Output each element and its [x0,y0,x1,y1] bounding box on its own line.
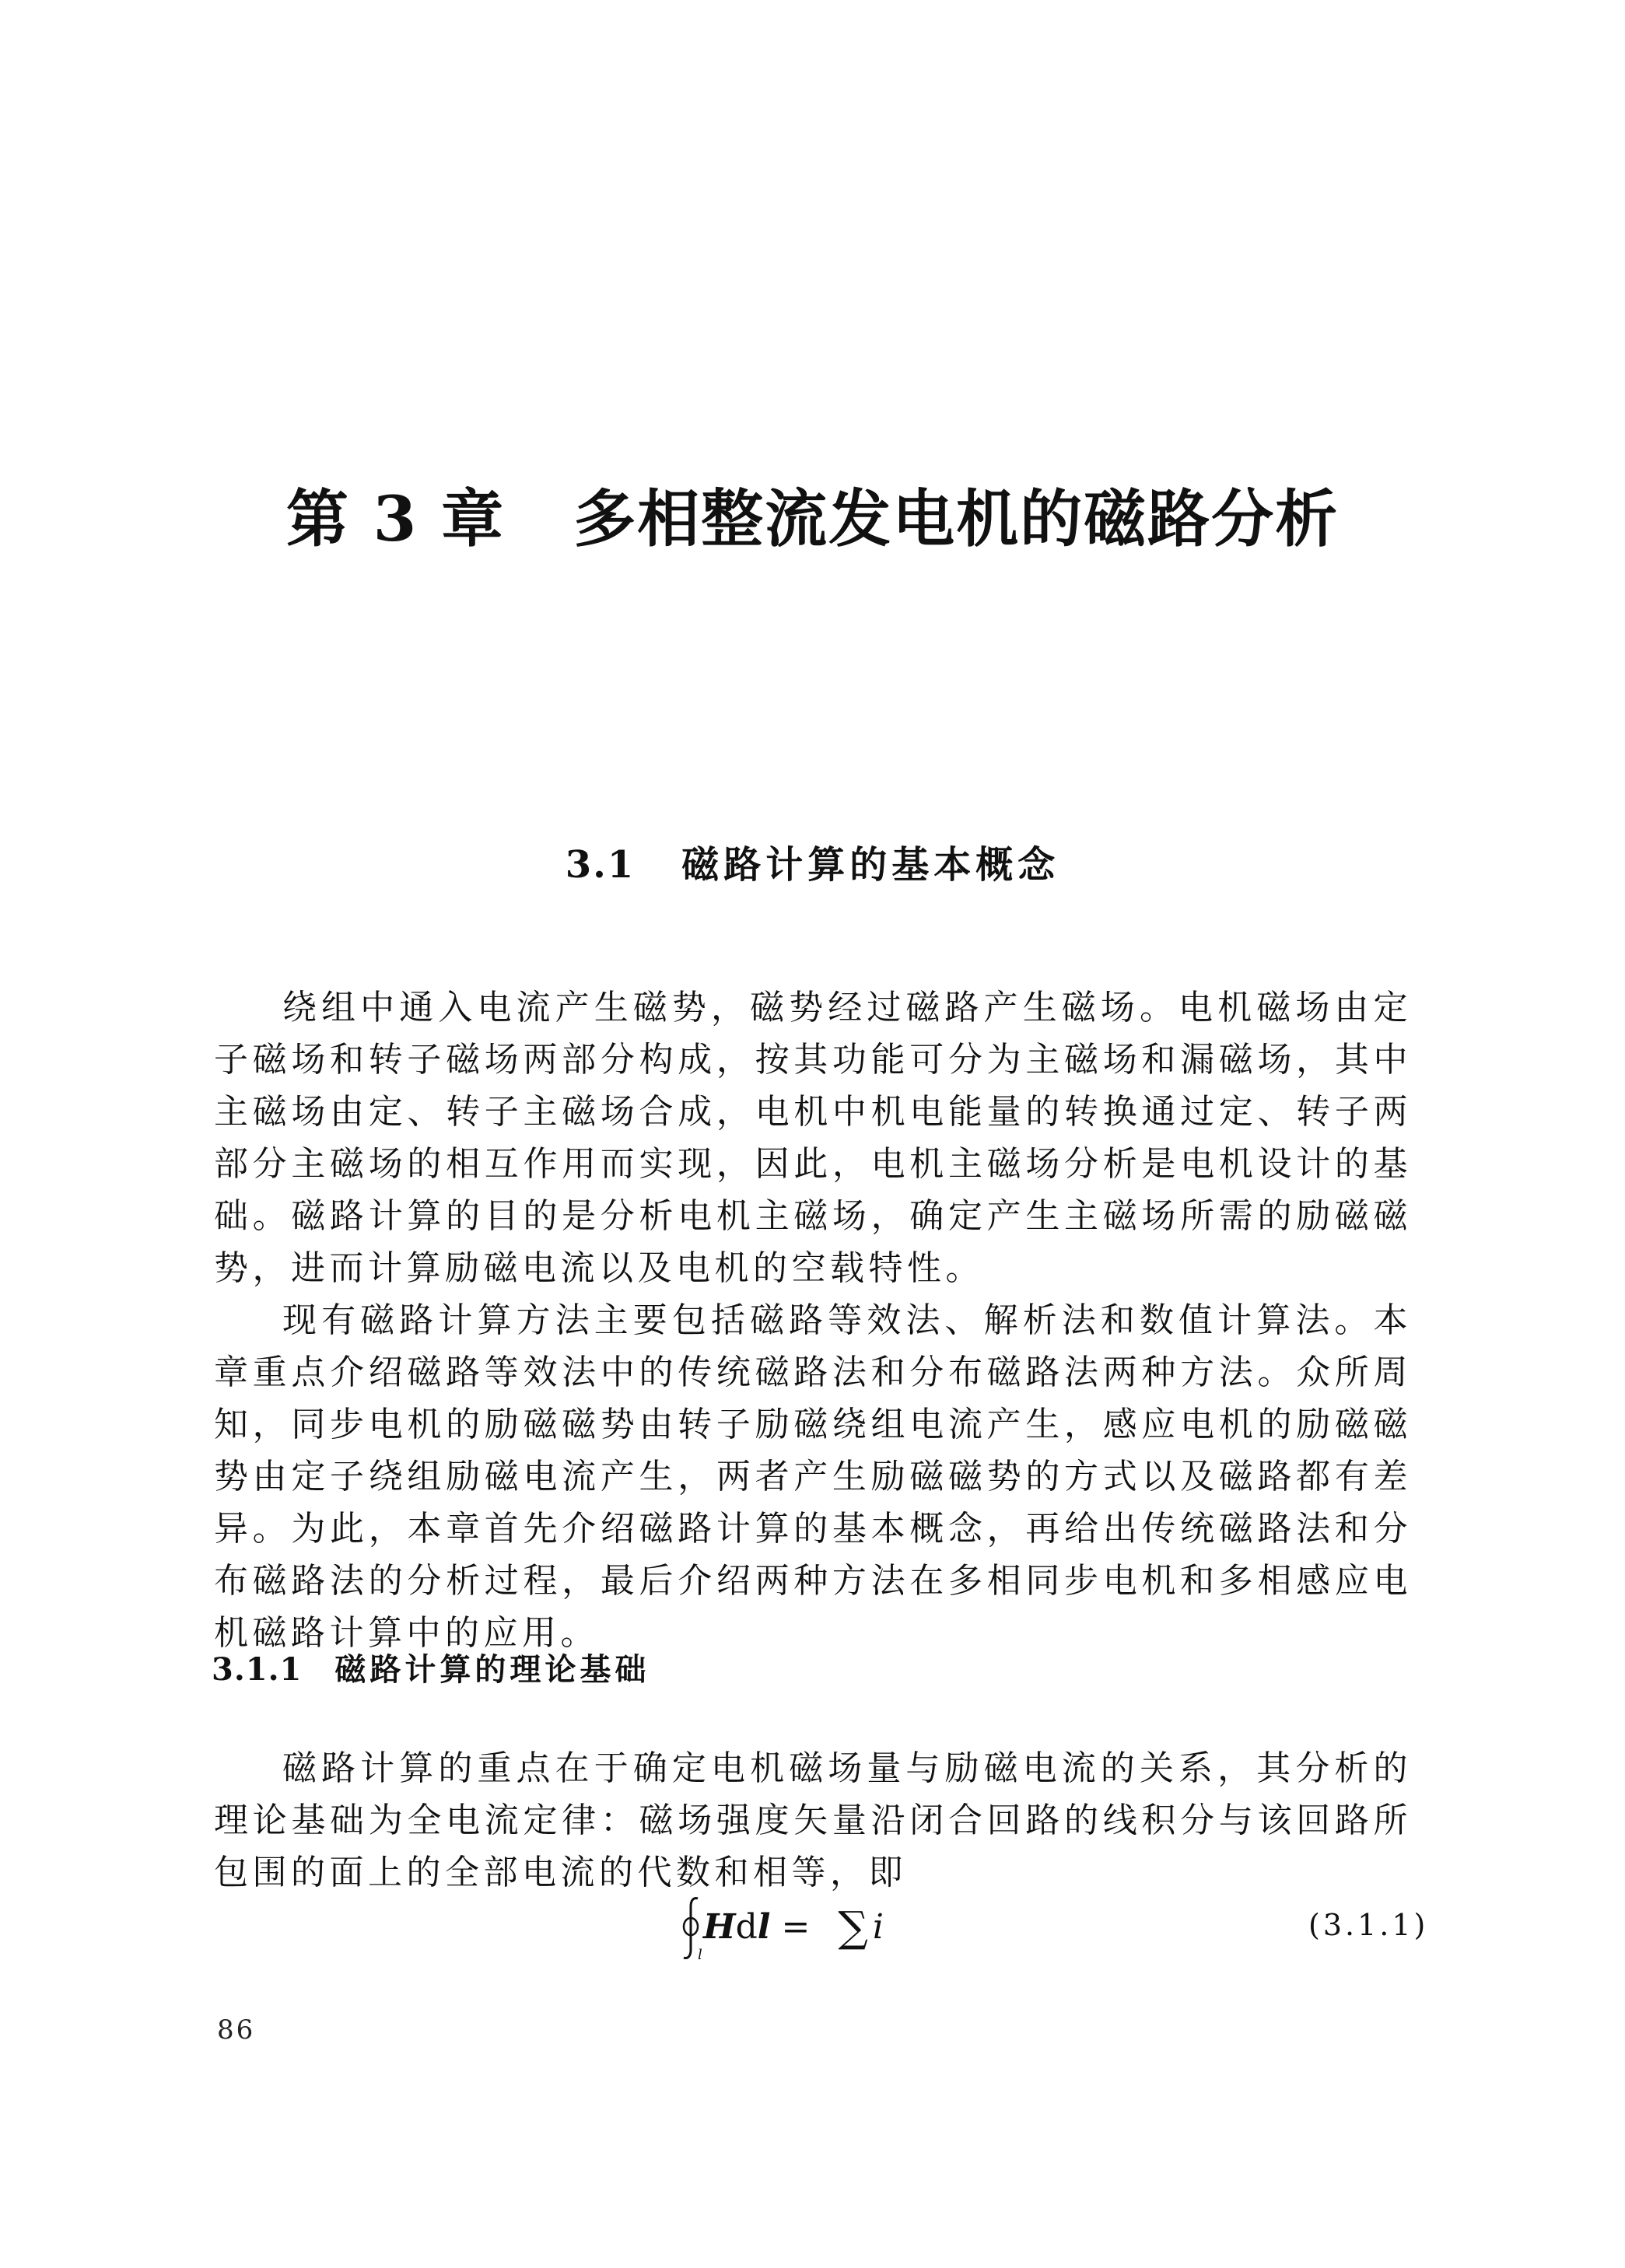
equation-number: (3.1.1) [1308,1906,1428,1944]
body-paragraph-2: 现有磁路计算方法主要包括磁路等效法、解析法和数值计算法。本章重点介绍磁路等效法中… [214,1294,1412,1659]
chapter-heading: 第 3 章多相整流发电机的磁路分析 [0,476,1625,562]
summation-icon: ∑ [838,1902,868,1951]
body-paragraph-3: 磁路计算的重点在于确定电机磁场量与励磁电流的关系，其分析的理论基础为全电流定律：… [214,1742,1412,1899]
svg-text:l: l [698,1947,702,1961]
paragraph-text: 磁路计算的重点在于确定电机磁场量与励磁电流的关系，其分析的理论基础为全电流定律：… [214,1742,1412,1899]
equation-ampere-law: l H d l = ∑ i [677,1892,884,1962]
summand-i: i [873,1907,884,1947]
paragraph-text: 现有磁路计算方法主要包括磁路等效法、解析法和数值计算法。本章重点介绍磁路等效法中… [214,1294,1412,1659]
equals-sign: = [781,1907,810,1947]
subsection-number: 3.1.1 [212,1651,302,1688]
differential-d: d [736,1907,758,1947]
document-page: 第 3 章多相整流发电机的磁路分析 3.1磁路计算的基本概念 绕组中通入电流产生… [0,0,1625,2268]
contour-integral-icon: l [677,1895,703,1958]
paragraph-text: 绕组中通入电流产生磁势，磁势经过磁路产生磁场。电机磁场由定子磁场和转子磁场两部分… [214,982,1412,1294]
section-title-text: 磁路计算的基本概念 [681,843,1059,887]
chapter-number: 第 3 章 [286,482,505,555]
body-paragraph-1: 绕组中通入电流产生磁势，磁势经过磁路产生磁场。电机磁场由定子磁场和转子磁场两部分… [214,982,1412,1294]
vector-H: H [703,1907,736,1947]
subsection-heading: 3.1.1磁路计算的理论基础 [212,1643,650,1697]
subsection-title-text: 磁路计算的理论基础 [334,1652,650,1688]
section-heading: 3.1磁路计算的基本概念 [0,834,1625,896]
section-number: 3.1 [566,843,636,887]
page-number: 86 [217,2014,255,2046]
vector-l: l [758,1907,771,1947]
chapter-title-text: 多相整流发电机的磁路分析 [573,482,1339,555]
